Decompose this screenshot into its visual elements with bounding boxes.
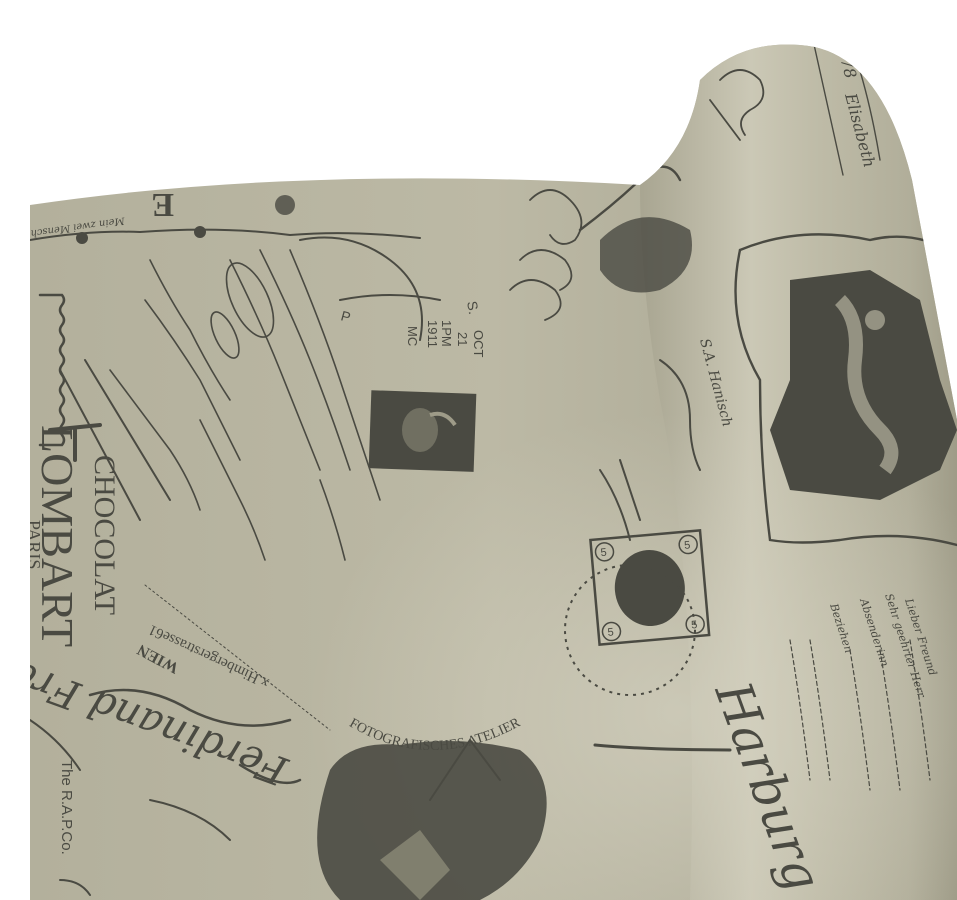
rap-co-label: The R.A.P.Co. bbox=[58, 760, 75, 855]
big-e-print: E bbox=[151, 186, 174, 223]
svg-text:S.: S. bbox=[464, 300, 482, 316]
svg-text:5: 5 bbox=[607, 626, 614, 638]
wrapping-paper-photo: Mein zwei Menschenkind E CHOCOLAT LOMBAR… bbox=[0, 0, 957, 900]
svg-text:1911: 1911 bbox=[425, 320, 440, 348]
svg-text:PARIS: PARIS bbox=[24, 520, 44, 569]
svg-text:CHOCOLAT: CHOCOLAT bbox=[88, 455, 121, 615]
svg-text:MC: MC bbox=[405, 326, 420, 346]
chocolat-lombart-label: CHOCOLAT LOMBART PARIS bbox=[24, 425, 121, 647]
dark-stamp bbox=[369, 390, 477, 472]
svg-text:5: 5 bbox=[600, 547, 607, 559]
svg-text:5: 5 bbox=[684, 539, 691, 551]
svg-text:21: 21 bbox=[455, 332, 470, 346]
svg-text:1PM: 1PM bbox=[439, 320, 454, 347]
svg-text:OCT: OCT bbox=[471, 330, 486, 358]
